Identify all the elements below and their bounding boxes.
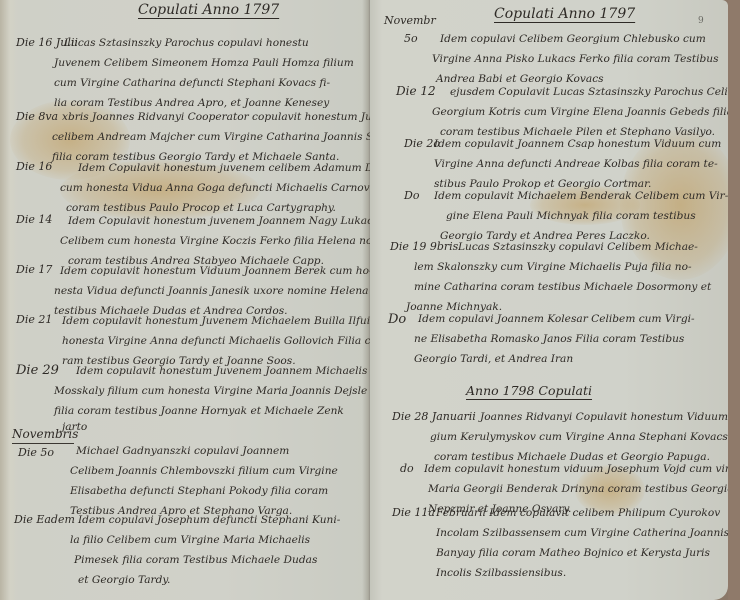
entry-line: Februarii Idem copulavit celibem Philipu… (436, 503, 728, 523)
entry-line: filia coram testibus Joanne Hornyak et M… (54, 401, 367, 421)
margin-label-november: Novembr (384, 14, 436, 27)
register-entry: Idem copulavi Joannem Kolesar Celibem cu… (418, 309, 695, 369)
entry-line: Idem copulavit honestum viduum Josephum … (424, 459, 728, 479)
entry-line: Joannes Ridvanyi Copulavit honestum Vidu… (480, 407, 728, 427)
entry-line: Idem copulavit honestum Juvenem Joannem … (76, 361, 367, 381)
entry-date: Die 17 (16, 263, 52, 276)
register-entry: Lucas Sztasinszky copulavi Celibem Micha… (458, 237, 711, 317)
register-entry: Februarii Idem copulavit celibem Philipu… (436, 503, 728, 583)
entry-line: Lucas Sztasinszky Parochus copulavi hone… (64, 33, 354, 53)
entry-line: mine Catharina coram testibus Michaele D… (414, 277, 711, 297)
entry-line: jarto (62, 421, 367, 433)
register-entry: Joannes Ridvanyi Copulavit honestum Vidu… (480, 407, 728, 467)
entry-line: Idem copulavit honestum Juvenem Michaele… (62, 311, 370, 331)
entry-line: ejusdem Copulavit Lucas Sztasinszky Paro… (450, 82, 728, 102)
entry-line: Idem copulavit Michaelem Benderak Celibe… (434, 186, 728, 206)
entry-date: Do (404, 189, 419, 202)
entry-date: Die 8va (16, 110, 58, 123)
entry-date: Die 19 9bris (390, 240, 458, 253)
page-heading: Copulati Anno 1797 (494, 6, 635, 22)
entry-line: Lucas Sztasinszky copulavi Celibem Micha… (458, 237, 711, 257)
entry-line: ne Elisabetha Romasko Janos Filia coram … (414, 329, 695, 349)
entry-line: la filio Celibem cum Virgine Maria Micha… (70, 530, 340, 550)
entry-line: Banyay filia coram Matheo Bojnico et Ker… (436, 543, 728, 563)
entry-line: honesta Virgine Anna defuncti Michaelis … (62, 331, 370, 351)
entry-date: Die 12 (396, 84, 436, 98)
background-table-edge (728, 0, 740, 600)
section-label-november: Novembris (12, 427, 78, 441)
register-entry: ejusdem Copulavit Lucas Sztasinszky Paro… (450, 82, 728, 142)
entry-line: xbris Joannes Ridvanyi Cooperator copula… (62, 107, 370, 127)
register-entry: Idem copulavit honestum Juvenem Joannem … (76, 361, 367, 433)
entry-line: cum honesta Vidua Anna Goga defuncti Mic… (60, 178, 370, 198)
left-page: Copulati Anno 1797 Die 16 Julii Lucas Sz… (0, 0, 370, 600)
entry-line: Virgine Anna defuncti Andreae Kolbas fil… (434, 154, 721, 174)
entry-date: Die 28 Januarii (392, 410, 476, 423)
entry-line: Incolis Szilbassiensibus. (436, 563, 728, 583)
section-heading-1798: Anno 1798 Copulati (466, 383, 592, 398)
page-heading: Copulati Anno 1797 (138, 2, 279, 18)
entry-line: Idem Copulavit honestum juvenem Joannem … (68, 211, 370, 231)
register-entry: Idem copulavi Josephum defuncti Stephani… (78, 510, 340, 590)
manuscript-book-spread: Copulati Anno 1797 Die 16 Julii Lucas Sz… (0, 0, 740, 600)
entry-date: Die 14 (16, 213, 52, 226)
entry-line: Celibem Joannis Chlembovszki filium cum … (70, 461, 338, 481)
section-rule (12, 443, 74, 444)
register-entry: Michael Gadnyanszki copulavi Joannem Cel… (76, 441, 338, 521)
entry-line: Juvenem Celibem Simeonem Homza Pauli Hom… (54, 53, 354, 73)
entry-date: Die 5o (18, 446, 54, 459)
entry-line: nesta Vidua defuncti Joannis Janesik uxo… (54, 281, 370, 301)
entry-line: Idem copulavi Josephum defuncti Stephani… (78, 510, 340, 530)
register-entry: Idem copulavi Celibem Georgium Chlebusko… (440, 29, 719, 89)
entry-line: gium Kerulymyskov cum Virgine Anna Steph… (430, 427, 728, 447)
entry-date: Die 16 (16, 160, 52, 173)
register-entry: Idem Copulavit honestum juvenem celibem … (78, 158, 370, 218)
entry-line: Idem copulavit honestum Viduum Joannem B… (60, 261, 370, 281)
entry-date: do (400, 462, 414, 475)
page-number: 9 (698, 16, 704, 26)
register-entry: Lucas Sztasinszky Parochus copulavi hone… (64, 33, 354, 113)
entry-line: Idem Copulavit honestum juvenem celibem … (78, 158, 370, 178)
entry-date: 5o (404, 32, 418, 45)
entry-line: Georgium Kotris cum Virgine Elena Joanni… (432, 102, 728, 122)
entry-line: Georgio Tardi, et Andrea Iran (414, 349, 695, 369)
entry-line: Celibem cum honesta Virgine Koczis Ferko… (60, 231, 370, 251)
entry-line: Michael Gadnyanszki copulavi Joannem (76, 441, 338, 461)
entry-line: Idem copulavi Joannem Kolesar Celibem cu… (418, 309, 695, 329)
entry-line: Pimesek filia coram Testibus Michaele Du… (74, 550, 340, 570)
right-page: Copulati Anno 1797 9 Novembr 5o Idem cop… (370, 0, 728, 600)
entry-line: et Georgio Tardy. (78, 570, 340, 590)
entry-line: celibem Andream Majcher cum Virgine Cath… (52, 127, 370, 147)
entry-line: cum Virgine Catharina defuncti Stephani … (54, 73, 354, 93)
entry-line: Elisabetha defuncti Stephani Pokody fili… (70, 481, 338, 501)
entry-date: Die 11a (392, 506, 435, 519)
register-entry: Idem copulavit Joannem Csap honestum Vid… (434, 134, 721, 194)
entry-line: Maria Georgii Benderak Drinyna coram tes… (428, 479, 728, 499)
entry-line: Mosskaly filium cum honesta Virgine Mari… (54, 381, 367, 401)
entry-line: Virgine Anna Pisko Lukacs Ferko filia co… (432, 49, 719, 69)
entry-line: Idem copulavi Celibem Georgium Chlebusko… (440, 29, 719, 49)
entry-line: Idem copulavit Joannem Csap honestum Vid… (434, 134, 721, 154)
entry-date: Do (388, 312, 406, 327)
entry-line: gine Elena Pauli Michnyak filia coram te… (446, 206, 728, 226)
entry-date: Die Eadem (14, 513, 75, 526)
entry-date: Die 29 (16, 363, 59, 378)
entry-line: lem Skalonszky cum Virgine Michaelis Puj… (414, 257, 711, 277)
entry-date: Die 21 (16, 313, 52, 326)
entry-line: Incolam Szilbassensem cum Virgine Cather… (436, 523, 728, 543)
